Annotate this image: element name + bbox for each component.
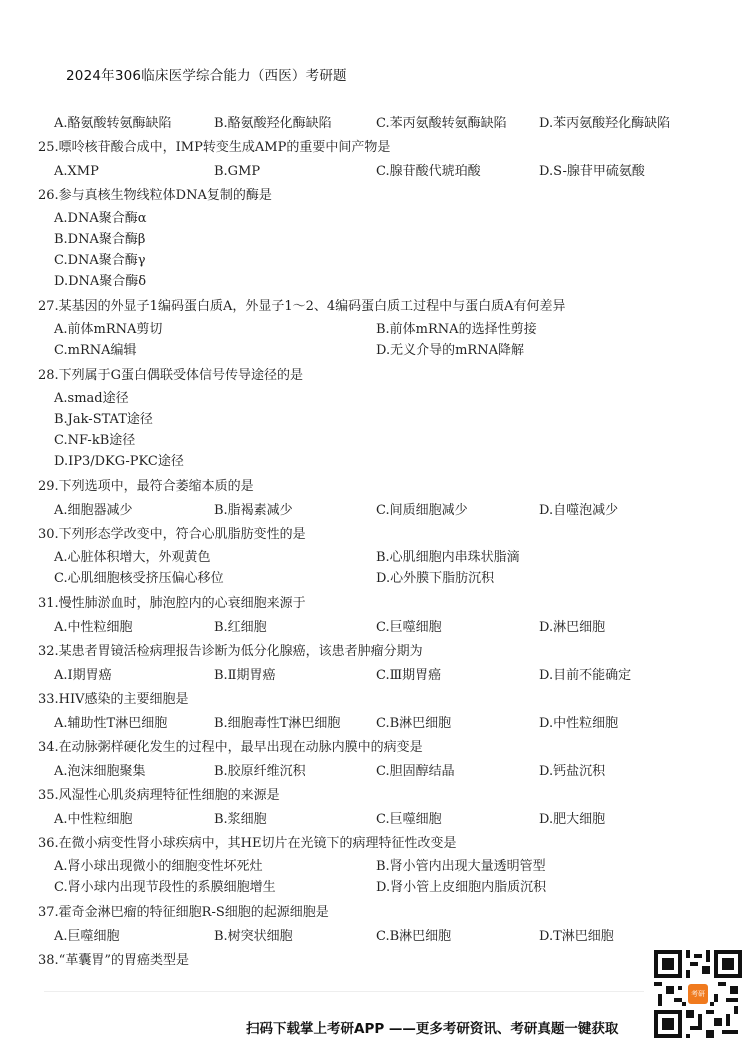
question-stem-32: 32.某患者胃镜活检病理报告诊断为低分化腺癌，该患者肿瘤分期为 — [38, 640, 728, 664]
question-stem-35: 35.风湿性心肌炎病理特征性细胞的来源是 — [38, 784, 728, 808]
option-b: B.前体mRNA的选择性剪接 — [376, 319, 537, 340]
options-q30-row1: A.心脏体积增大，外观黄色 B.心肌细胞内串珠状脂滴 — [38, 547, 728, 568]
option-b: B.浆细胞 — [214, 808, 376, 832]
option-b: B.树突状细胞 — [214, 925, 376, 949]
option-d: D.肾小管上皮细胞内脂质沉积 — [376, 877, 546, 898]
question-stem-37: 37.霍奇金淋巴瘤的特征细胞R-S细胞的起源细胞是 — [38, 901, 728, 925]
option-c: C.苯丙氨酸转氨酶缺陷 — [376, 112, 539, 136]
option-c: C.巨噬细胞 — [376, 616, 539, 640]
option-a: A.巨噬细胞 — [54, 925, 214, 949]
option-b: B.细胞毒性T淋巴细胞 — [214, 712, 376, 736]
question-list: A.酪氨酸转氨酶缺陷 B.酪氨酸羟化酶缺陷 C.苯丙氨酸转氨酶缺陷 D.苯丙氨酸… — [38, 112, 728, 973]
question-stem-34: 34.在动脉粥样硬化发生的过程中，最早出现在动脉内膜中的病变是 — [38, 736, 728, 760]
option-c: C.腺苷酸代琥珀酸 — [376, 160, 539, 184]
option-d: D.心外膜下脂肪沉积 — [376, 568, 494, 589]
option-d: D.自噬泡减少 — [539, 499, 618, 523]
options-q29: A.细胞器减少 B.脂褐素减少 C.间质细胞减少 D.自噬泡减少 — [38, 499, 728, 523]
option-a: A.酪氨酸转氨酶缺陷 — [54, 112, 214, 136]
question-stem-25: 25.嘌呤核苷酸合成中，IMP转变生成AMP的重要中间产物是 — [38, 136, 728, 160]
options-q32: A.Ⅰ期胃癌 B.Ⅱ期胃癌 C.Ⅲ期胃癌 D.目前不能确定 — [38, 664, 728, 688]
footer-promo-text: 扫码下载掌上考研APP ——更多考研资讯、考研真题一键获取 — [246, 1017, 618, 1037]
option-d: D.T淋巴细胞 — [539, 925, 614, 949]
question-stem-31: 31.慢性肺淤血时，肺泡腔内的心衰细胞来源于 — [38, 592, 728, 616]
option-b: B.酪氨酸羟化酶缺陷 — [214, 112, 376, 136]
options-q34: A.泡沫细胞聚集 B.胶原纤维沉积 C.胆固醇结晶 D.钙盐沉积 — [38, 760, 728, 784]
option-a: A.Ⅰ期胃癌 — [54, 664, 214, 688]
option-a: A.前体mRNA剪切 — [54, 319, 376, 340]
option-a: A.smad途径 — [38, 388, 728, 409]
options-q31: A.中性粒细胞 B.红细胞 C.巨噬细胞 D.淋巴细胞 — [38, 616, 728, 640]
option-d: D.肥大细胞 — [539, 808, 605, 832]
question-stem-28: 28.下列属于G蛋白偶联受体信号传导途径的是 — [38, 364, 728, 388]
option-a: A.XMP — [54, 160, 214, 184]
options-q36-row1: A.肾小球出现微小的细胞变性坏死灶 B.肾小管内出现大量透明管型 — [38, 856, 728, 877]
options-q37: A.巨噬细胞 B.树突状细胞 C.B淋巴细胞 D.T淋巴细胞 — [38, 925, 728, 949]
option-d: D.无义介导的mRNA降解 — [376, 340, 524, 361]
option-b: B.肾小管内出现大量透明管型 — [376, 856, 546, 877]
question-stem-36: 36.在微小病变性肾小球疾病中，其HE切片在光镜下的病理特征性改变是 — [38, 832, 728, 856]
options-q25: A.XMP B.GMP C.腺苷酸代琥珀酸 D.S-腺苷甲硫氨酸 — [38, 160, 728, 184]
option-b: B.心肌细胞内串珠状脂滴 — [376, 547, 520, 568]
footer-divider — [44, 991, 644, 992]
question-stem-26: 26.参与真核生物线粒体DNA复制的酶是 — [38, 184, 728, 208]
options-q35: A.中性粒细胞 B.浆细胞 C.巨噬细胞 D.肥大细胞 — [38, 808, 728, 832]
option-d: D.苯丙氨酸羟化酶缺陷 — [539, 112, 670, 136]
question-stem-33: 33.HIV感染的主要细胞是 — [38, 688, 728, 712]
option-c: C.NF-kB途径 — [38, 430, 728, 451]
question-stem-38: 38.“革囊胃”的胃癌类型是 — [38, 949, 728, 973]
option-b: B.脂褐素减少 — [214, 499, 376, 523]
question-stem-29: 29.下列选项中，最符合萎缩本质的是 — [38, 475, 728, 499]
option-a: A.辅助性T淋巴细胞 — [54, 712, 214, 736]
option-a: A.肾小球出现微小的细胞变性坏死灶 — [54, 856, 376, 877]
option-c: C.Ⅲ期胃癌 — [376, 664, 539, 688]
options-q30-row2: C.心肌细胞核受挤压偏心移位 D.心外膜下脂肪沉积 — [38, 568, 728, 589]
app-logo-icon: 考研 — [688, 984, 708, 1004]
option-d: D.IP3/DKG-PKC途径 — [38, 451, 728, 472]
option-c: C.肾小球内出现节段性的系膜细胞增生 — [54, 877, 376, 898]
option-c: C.间质细胞减少 — [376, 499, 539, 523]
qr-code-icon[interactable]: 考研 — [654, 950, 742, 1038]
option-b: B.DNA聚合酶β — [38, 229, 728, 250]
options-q24: A.酪氨酸转氨酶缺陷 B.酪氨酸羟化酶缺陷 C.苯丙氨酸转氨酶缺陷 D.苯丙氨酸… — [38, 112, 728, 136]
option-d: D.中性粒细胞 — [539, 712, 618, 736]
option-b: B.Ⅱ期胃癌 — [214, 664, 376, 688]
option-d: D.DNA聚合酶δ — [38, 271, 728, 292]
option-b: B.红细胞 — [214, 616, 376, 640]
option-a: A.心脏体积增大，外观黄色 — [54, 547, 376, 568]
option-c: C.mRNA编辑 — [54, 340, 376, 361]
option-a: A.泡沫细胞聚集 — [54, 760, 214, 784]
option-c: C.DNA聚合酶γ — [38, 250, 728, 271]
option-c: C.巨噬细胞 — [376, 808, 539, 832]
option-d: D.淋巴细胞 — [539, 616, 605, 640]
option-a: A.细胞器减少 — [54, 499, 214, 523]
question-stem-30: 30.下列形态学改变中，符合心肌脂肪变性的是 — [38, 523, 728, 547]
option-d: D.目前不能确定 — [539, 664, 631, 688]
option-b: B.胶原纤维沉积 — [214, 760, 376, 784]
page-header-title: 2024年306临床医学综合能力（西医）考研题 — [66, 64, 347, 84]
options-q33: A.辅助性T淋巴细胞 B.细胞毒性T淋巴细胞 C.B淋巴细胞 D.中性粒细胞 — [38, 712, 728, 736]
question-stem-27: 27.某基因的外显子1编码蛋白质A，外显子1～2、4编码蛋白质工过程中与蛋白质A… — [38, 295, 728, 319]
options-q27-row2: C.mRNA编辑 D.无义介导的mRNA降解 — [38, 340, 728, 361]
option-d: D.钙盐沉积 — [539, 760, 605, 784]
option-b: B.GMP — [214, 160, 376, 184]
options-q27-row1: A.前体mRNA剪切 B.前体mRNA的选择性剪接 — [38, 319, 728, 340]
option-a: A.中性粒细胞 — [54, 808, 214, 832]
option-a: A.中性粒细胞 — [54, 616, 214, 640]
option-b: B.Jak-STAT途径 — [38, 409, 728, 430]
options-q36-row2: C.肾小球内出现节段性的系膜细胞增生 D.肾小管上皮细胞内脂质沉积 — [38, 877, 728, 898]
option-d: D.S-腺苷甲硫氨酸 — [539, 160, 645, 184]
option-c: C.心肌细胞核受挤压偏心移位 — [54, 568, 376, 589]
option-c: C.B淋巴细胞 — [376, 925, 539, 949]
option-c: C.B淋巴细胞 — [376, 712, 539, 736]
option-a: A.DNA聚合酶α — [38, 208, 728, 229]
option-c: C.胆固醇结晶 — [376, 760, 539, 784]
